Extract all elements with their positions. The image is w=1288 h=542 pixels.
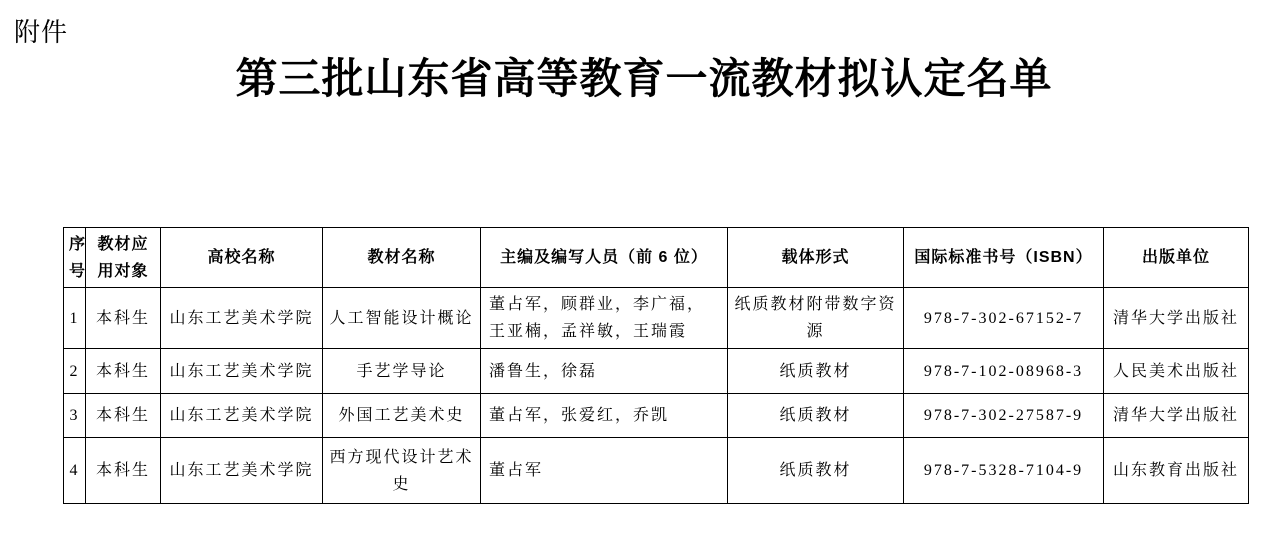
cell-format: 纸质教材 xyxy=(728,394,904,438)
cell-university: 山东工艺美术学院 xyxy=(161,394,323,438)
cell-publisher: 山东教育出版社 xyxy=(1104,438,1249,504)
cell-audience: 本科生 xyxy=(86,288,161,349)
attachment-label: 附件 xyxy=(14,12,68,49)
table-header-row: 序号 教材应用对象 高校名称 教材名称 主编及编写人员（前 6 位） 载体形式 … xyxy=(64,228,1249,288)
cell-index: 1 xyxy=(64,288,86,349)
cell-audience: 本科生 xyxy=(86,438,161,504)
table-row: 1本科生山东工艺美术学院人工智能设计概论董占军，顾群业，李广福，王亚楠，孟祥敏，… xyxy=(64,288,1249,349)
cell-format: 纸质教材 xyxy=(728,349,904,394)
cell-format: 纸质教材 xyxy=(728,438,904,504)
cell-editors: 潘鲁生，徐磊 xyxy=(481,349,728,394)
textbook-table: 序号 教材应用对象 高校名称 教材名称 主编及编写人员（前 6 位） 载体形式 … xyxy=(63,227,1249,504)
cell-textbook: 外国工艺美术史 xyxy=(323,394,481,438)
document-page: 附件 第三批山东省高等教育一流教材拟认定名单 序号 教材应用对象 高校名称 教材… xyxy=(0,0,1288,542)
cell-university: 山东工艺美术学院 xyxy=(161,288,323,349)
header-cell-index: 序号 xyxy=(64,228,86,288)
cell-isbn: 978-7-102-08968-3 xyxy=(904,349,1104,394)
table-body: 1本科生山东工艺美术学院人工智能设计概论董占军，顾群业，李广福，王亚楠，孟祥敏，… xyxy=(64,288,1249,504)
header-cell-isbn: 国际标准书号（ISBN） xyxy=(904,228,1104,288)
cell-index: 4 xyxy=(64,438,86,504)
header-cell-textbook: 教材名称 xyxy=(323,228,481,288)
header-cell-audience: 教材应用对象 xyxy=(86,228,161,288)
cell-index: 3 xyxy=(64,394,86,438)
cell-editors: 董占军 xyxy=(481,438,728,504)
header-cell-editors: 主编及编写人员（前 6 位） xyxy=(481,228,728,288)
page-title: 第三批山东省高等教育一流教材拟认定名单 xyxy=(0,46,1288,106)
cell-publisher: 清华大学出版社 xyxy=(1104,394,1249,438)
cell-editors: 董占军，张爱红，乔凯 xyxy=(481,394,728,438)
cell-isbn: 978-7-5328-7104-9 xyxy=(904,438,1104,504)
cell-textbook: 西方现代设计艺术史 xyxy=(323,438,481,504)
cell-editors: 董占军，顾群业，李广福，王亚楠，孟祥敏，王瑞霞 xyxy=(481,288,728,349)
table-row: 3本科生山东工艺美术学院外国工艺美术史董占军，张爱红，乔凯纸质教材978-7-3… xyxy=(64,394,1249,438)
cell-audience: 本科生 xyxy=(86,394,161,438)
cell-publisher: 人民美术出版社 xyxy=(1104,349,1249,394)
cell-index: 2 xyxy=(64,349,86,394)
cell-textbook: 人工智能设计概论 xyxy=(323,288,481,349)
header-cell-format: 载体形式 xyxy=(728,228,904,288)
header-cell-publisher: 出版单位 xyxy=(1104,228,1249,288)
cell-format: 纸质教材附带数字资源 xyxy=(728,288,904,349)
cell-audience: 本科生 xyxy=(86,349,161,394)
header-cell-university: 高校名称 xyxy=(161,228,323,288)
cell-university: 山东工艺美术学院 xyxy=(161,438,323,504)
table-row: 4本科生山东工艺美术学院西方现代设计艺术史董占军纸质教材978-7-5328-7… xyxy=(64,438,1249,504)
cell-publisher: 清华大学出版社 xyxy=(1104,288,1249,349)
cell-isbn: 978-7-302-27587-9 xyxy=(904,394,1104,438)
cell-university: 山东工艺美术学院 xyxy=(161,349,323,394)
cell-isbn: 978-7-302-67152-7 xyxy=(904,288,1104,349)
table-row: 2本科生山东工艺美术学院手艺学导论潘鲁生，徐磊纸质教材978-7-102-089… xyxy=(64,349,1249,394)
cell-textbook: 手艺学导论 xyxy=(323,349,481,394)
